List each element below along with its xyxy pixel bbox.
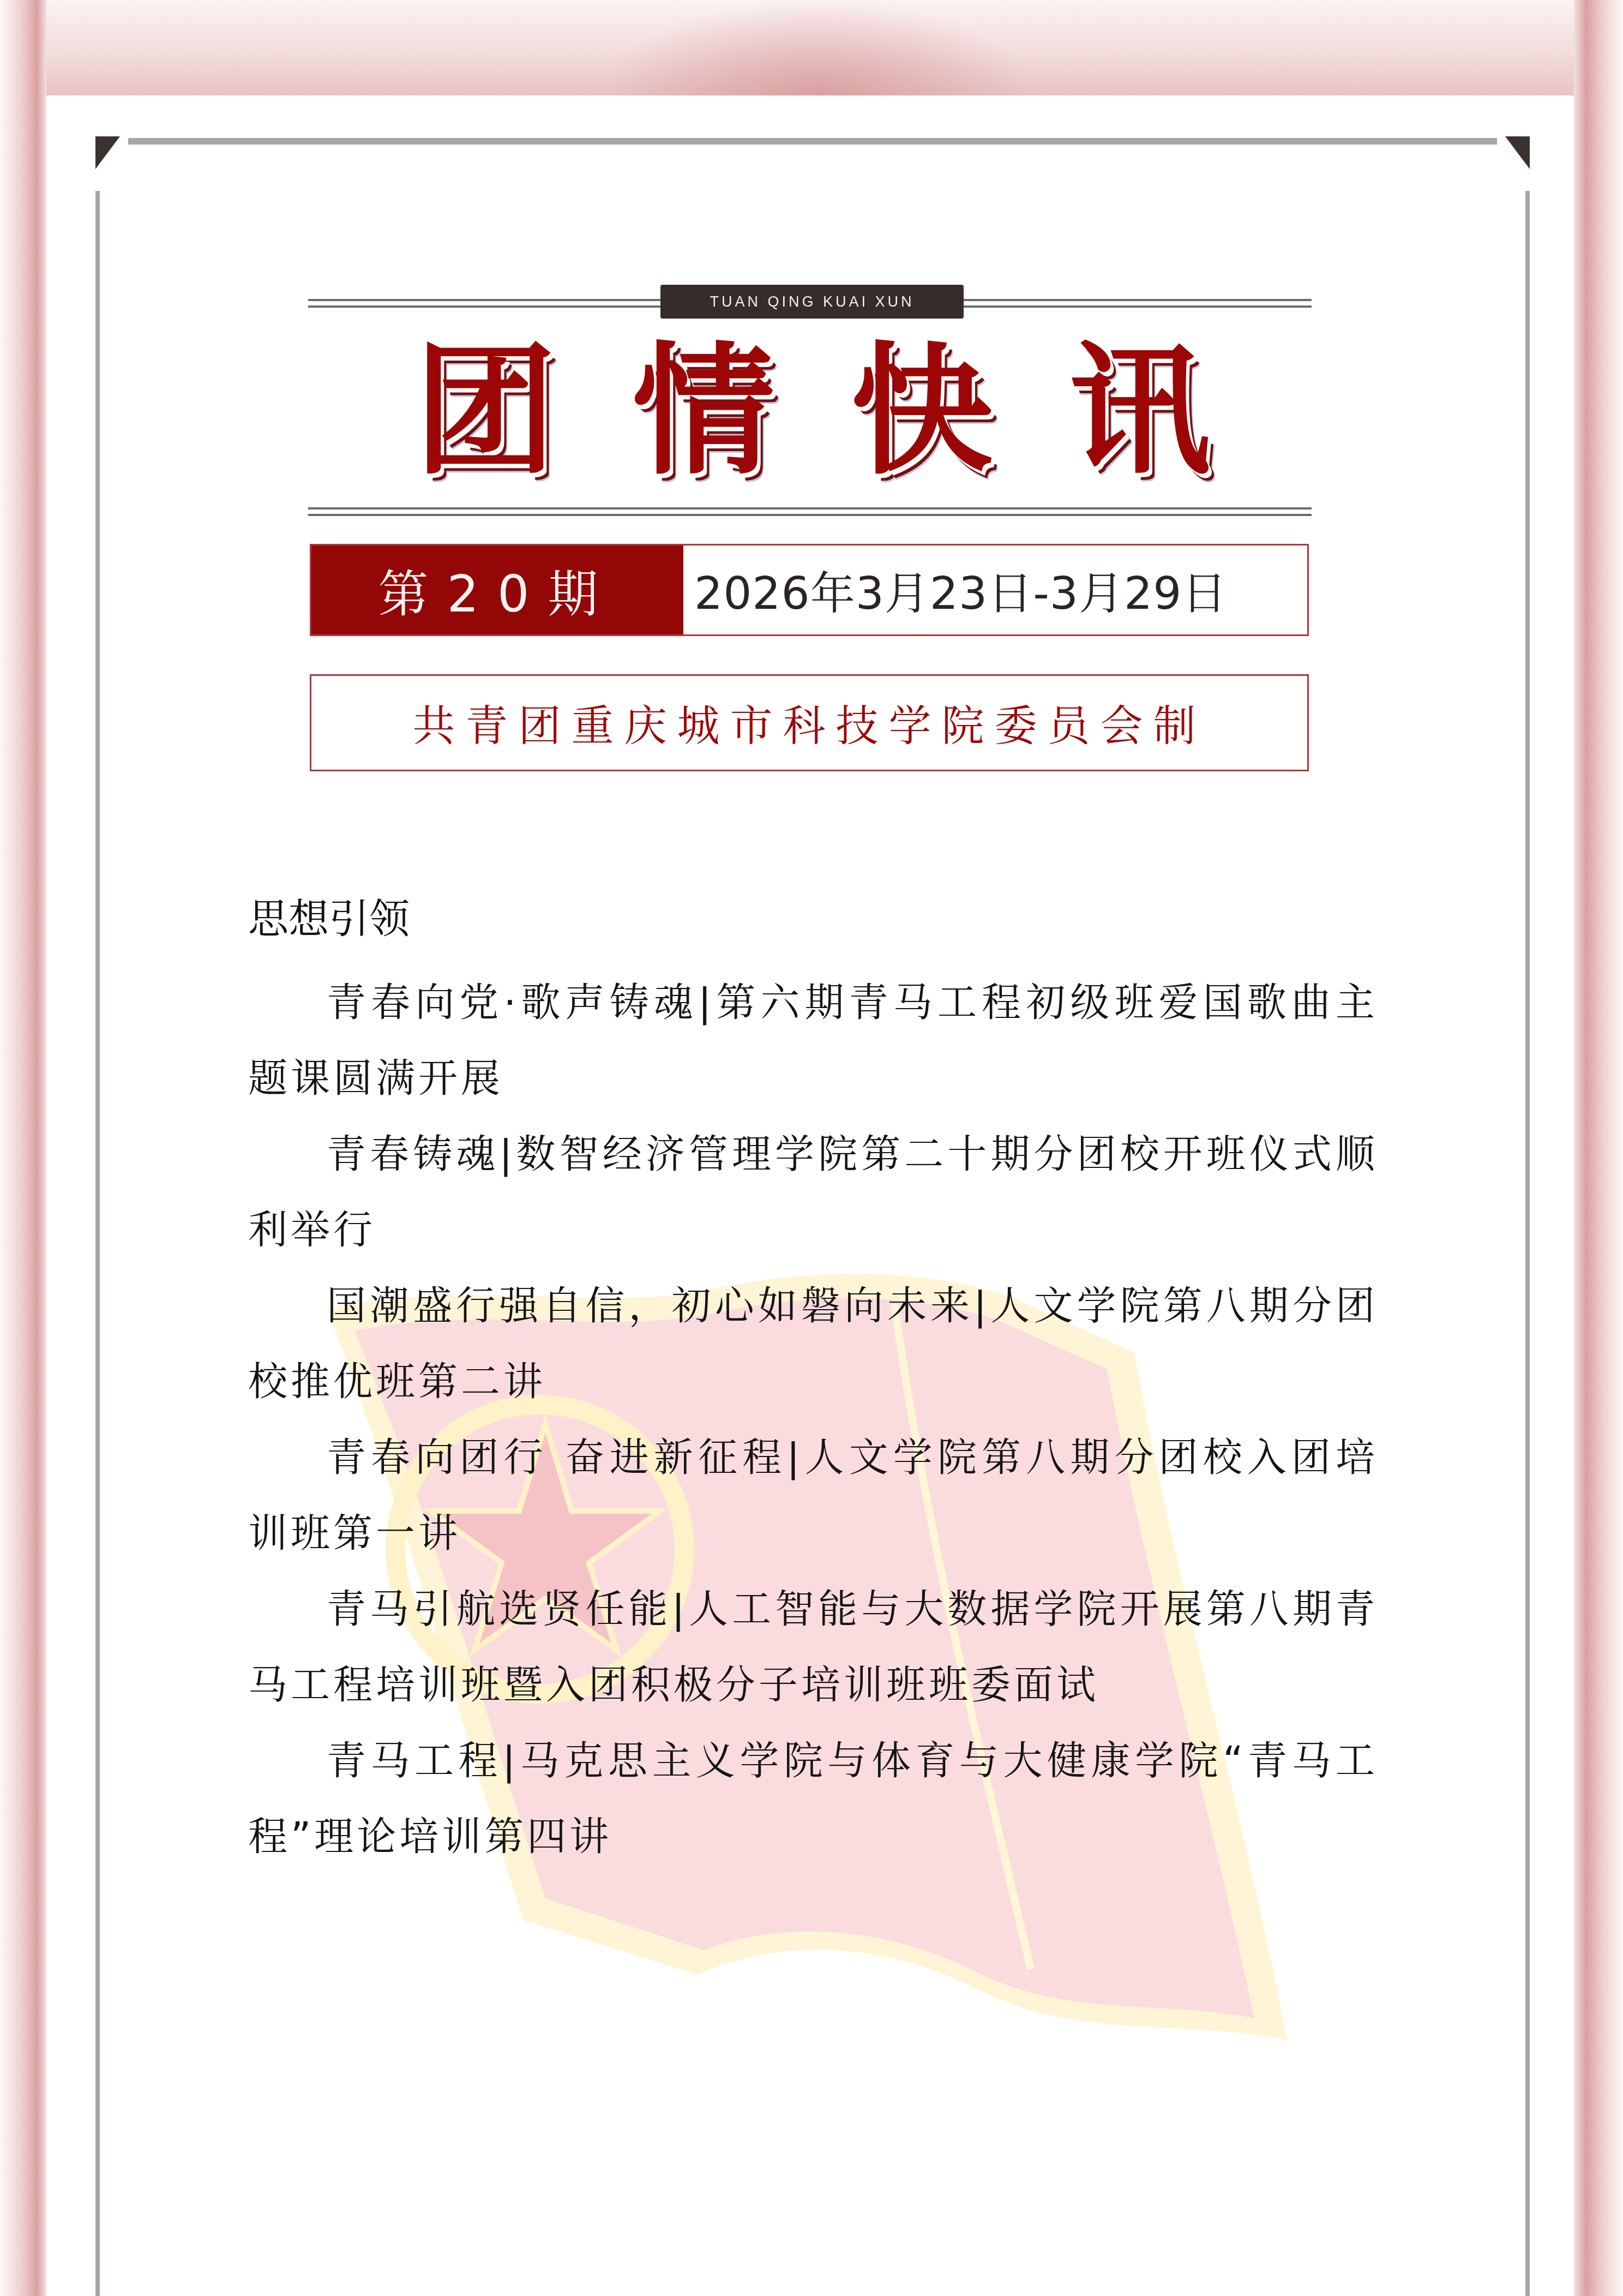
title-char: 讯 [1069, 341, 1211, 483]
list-item[interactable]: 青春铸魂|数智经济管理学院第二十期分团校开班仪式顺利举行 [248, 1116, 1378, 1268]
list-item[interactable]: 国潮盛行强自信，初心如磐向未来|人文学院第八期分团校推优班第二讲 [248, 1268, 1378, 1419]
list-item[interactable]: 青马引航选贤任能|人工智能与大数据学院开展第八期青马工程培训班暨入团积极分子培训… [248, 1571, 1378, 1723]
masthead-pinyin-tag: TUAN QING KUAI XUN [660, 285, 964, 319]
title-char: 团 [414, 341, 556, 483]
inner-frame-left-rule [95, 191, 100, 2296]
title-char: 情 [633, 341, 774, 483]
section-title: 思想引领 [248, 889, 1378, 949]
issue-date-range: 2026年3月23日-3月29日 [694, 545, 1227, 634]
list-item[interactable]: 青春向团行 奋进新征程|人文学院第八期分团校入团培训班第一讲 [248, 1419, 1378, 1571]
list-item[interactable]: 青马工程|马克思主义学院与体育与大健康学院“青马工程”理论培训第四讲 [248, 1723, 1378, 1874]
article-list: 思想引领 青春向党·歌声铸魂|第六期青马工程初级班爱国歌曲主题课圆满开展 青春铸… [248, 889, 1378, 1874]
corner-triangle-icon [1505, 136, 1530, 169]
frame-right-band [1574, 0, 1623, 2296]
corner-triangle-icon [95, 136, 120, 169]
frame-left-band [0, 0, 46, 2296]
inner-frame-top-rule [128, 138, 1497, 145]
publisher-banner: 共青团重庆城市科技学院委员会制 [310, 674, 1309, 771]
issue-number: 第20期 [311, 545, 683, 634]
issue-banner: 第20期 2026年3月23日-3月29日 [310, 544, 1309, 636]
title-char: 快 [851, 341, 993, 483]
list-item[interactable]: 青春向党·歌声铸魂|第六期青马工程初级班爱国歌曲主题课圆满开展 [248, 964, 1378, 1116]
inner-frame-right-rule [1525, 191, 1530, 2296]
frame-top-band [0, 0, 1623, 95]
masthead-title: 团 情 快 讯 [414, 330, 1211, 494]
masthead-bottom-double-rule [308, 507, 1312, 516]
